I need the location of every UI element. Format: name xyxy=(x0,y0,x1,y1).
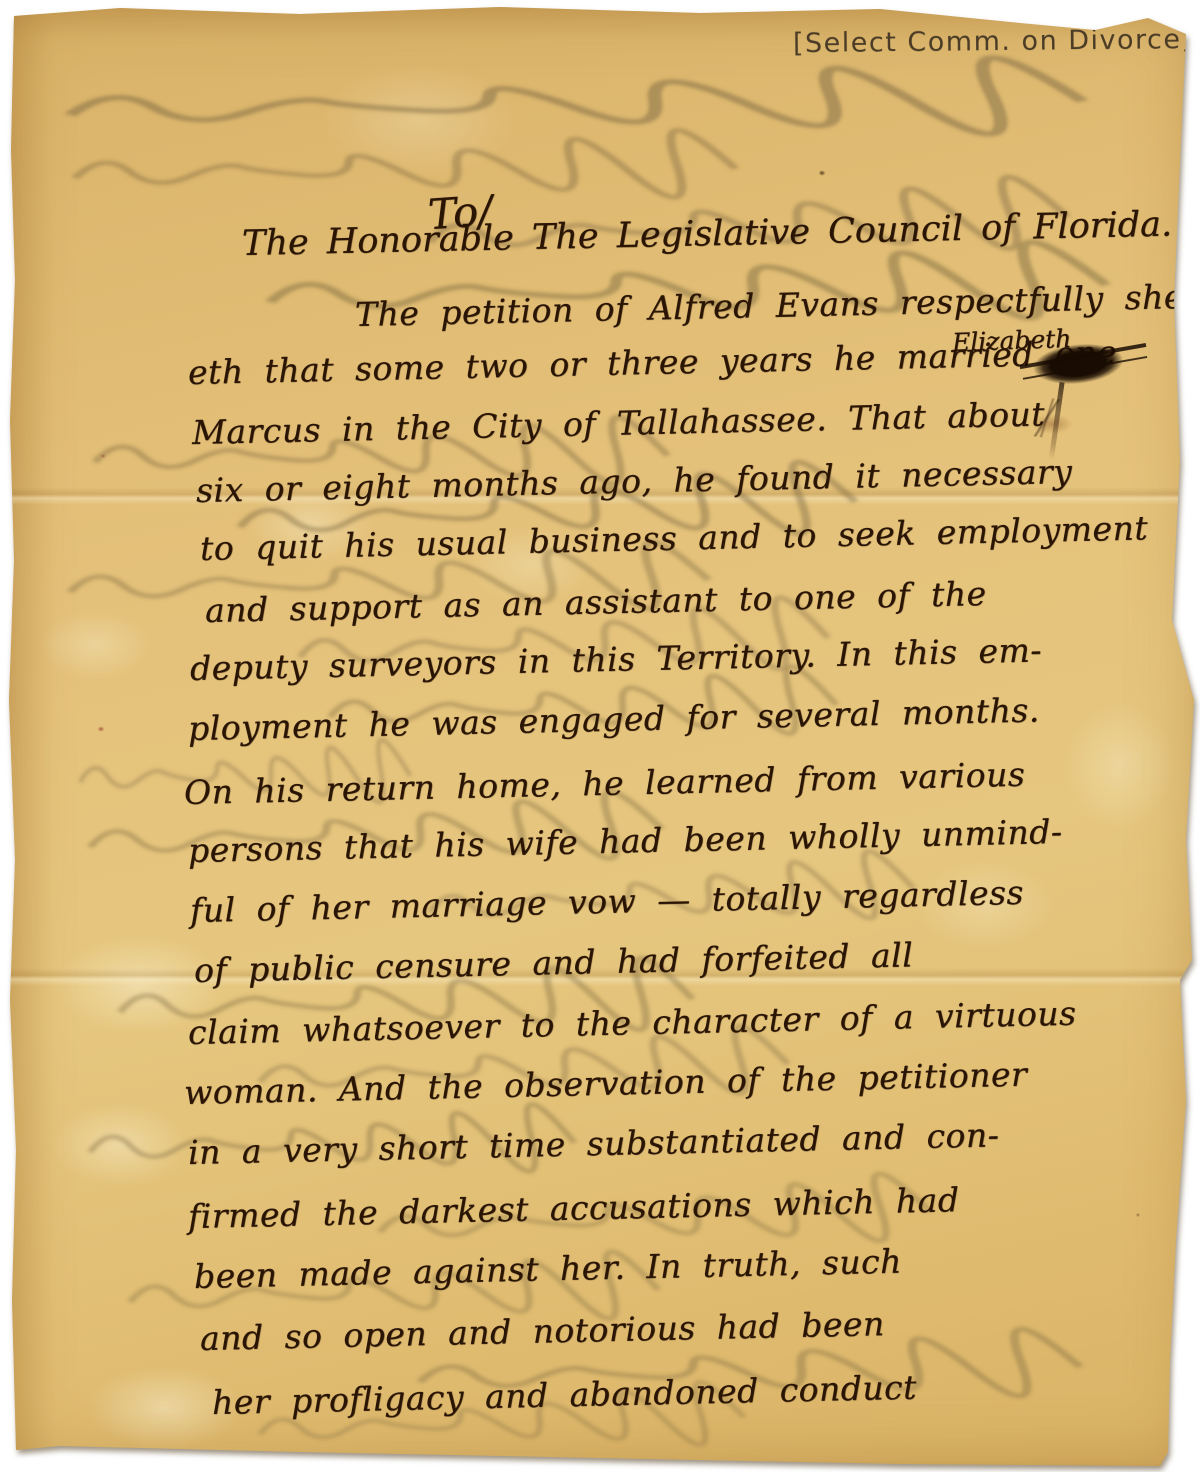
manuscript-line: persons that his wife had been wholly un… xyxy=(188,812,1063,870)
manuscript-line: woman. And the observation of the petiti… xyxy=(184,1055,1028,1112)
manuscript-line: ployment he was engaged for several mont… xyxy=(188,690,1040,748)
paper-sheet-wrap: [Select Comm. on Divorce] To/ The Honora… xyxy=(0,0,1200,1472)
addressee-line: The Honorable The Legislative Council of… xyxy=(242,205,1173,264)
manuscript-line: claim whatsoever to the character of a v… xyxy=(188,994,1077,1052)
archival-annotation: [Select Comm. on Divorce] xyxy=(793,24,1194,59)
manuscript-line: deputy surveyors in this Territory. In t… xyxy=(190,630,1043,688)
manuscript-line: Marcus in the City of Tallahassee. That … xyxy=(192,394,1046,452)
document-scan: [Select Comm. on Divorce] To/ The Honora… xyxy=(0,0,1200,1472)
manuscript-line: been made against her. In truth, such xyxy=(194,1242,903,1296)
manuscript-line: her profligacy and abandoned conduct xyxy=(212,1368,918,1422)
manuscript-line: The petition of Alfred Evans respectfull… xyxy=(355,276,1200,334)
manuscript-line: firmed the darkest accusations which had xyxy=(188,1180,960,1236)
manuscript-line: ful of her marriage vow — totally regard… xyxy=(190,873,1025,930)
ink-blot-strikeout xyxy=(1026,334,1143,397)
manuscript-page: [Select Comm. on Divorce] To/ The Honora… xyxy=(0,0,1200,1472)
manuscript-line: and support as an assistant to one of th… xyxy=(205,574,987,630)
manuscript-line: to quit his usual business and to seek e… xyxy=(200,508,1149,568)
manuscript-line: in a very short time substantiated and c… xyxy=(188,1115,1000,1172)
manuscript-line: and so open and notorious had been xyxy=(200,1304,885,1358)
manuscript-line: On his return home, he learned from vari… xyxy=(184,755,1026,812)
ink-blot-scratches xyxy=(1016,394,1081,442)
